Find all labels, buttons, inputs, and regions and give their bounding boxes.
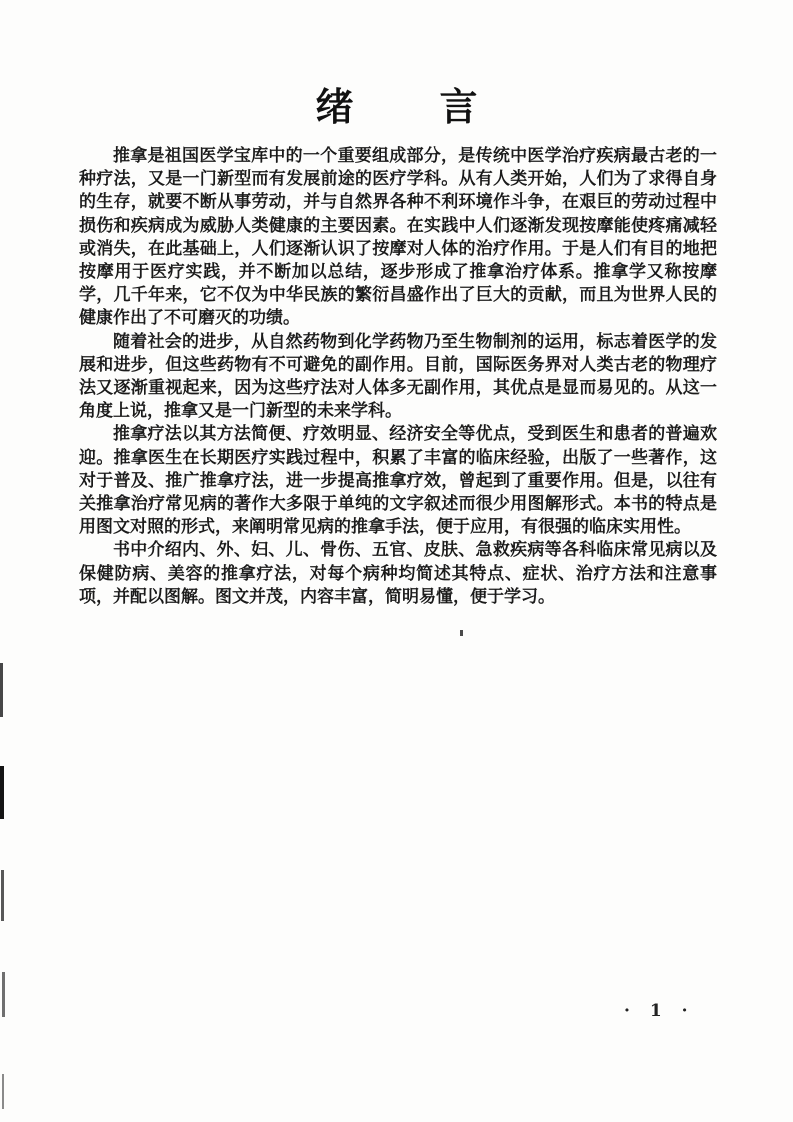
paragraph-4: 书中介绍内、外、妇、儿、骨伤、五官、皮肤、急救疾病等各科临床常见病以及保健防病、… [79,539,717,609]
left-edge-scan-mark-2 [0,766,4,819]
paragraph-3: 推拿疗法以其方法简便、疗效明显、经济安全等优点，受到医生和患者的普遍欢迎。推拿医… [79,423,717,539]
scanned-book-page: 绪 言 推拿是祖国医学宝库中的一个重要组成部分，是传统中医学治疗疾病最古老的一种… [0,0,793,1122]
page-number: · 1 · [624,1001,695,1021]
page-title: 绪 言 [0,88,793,126]
left-edge-scan-mark-4 [2,972,5,1017]
left-edge-scan-mark-3 [1,870,4,921]
left-edge-scan-mark-5 [2,1074,4,1109]
title-char-1: 绪 [315,88,353,126]
paragraph-2: 随着社会的进步，从自然药物到化学药物乃至生物制剂的运用，标志着医学的发展和进步，… [79,331,717,424]
scan-speck [460,630,463,636]
left-edge-scan-mark-1 [0,663,3,717]
paragraph-1: 推拿是祖国医学宝库中的一个重要组成部分，是传统中医学治疗疾病最古老的一种疗法，又… [79,145,717,331]
title-char-2: 言 [440,88,478,126]
body-text: 推拿是祖国医学宝库中的一个重要组成部分，是传统中医学治疗疾病最古老的一种疗法，又… [79,145,717,609]
